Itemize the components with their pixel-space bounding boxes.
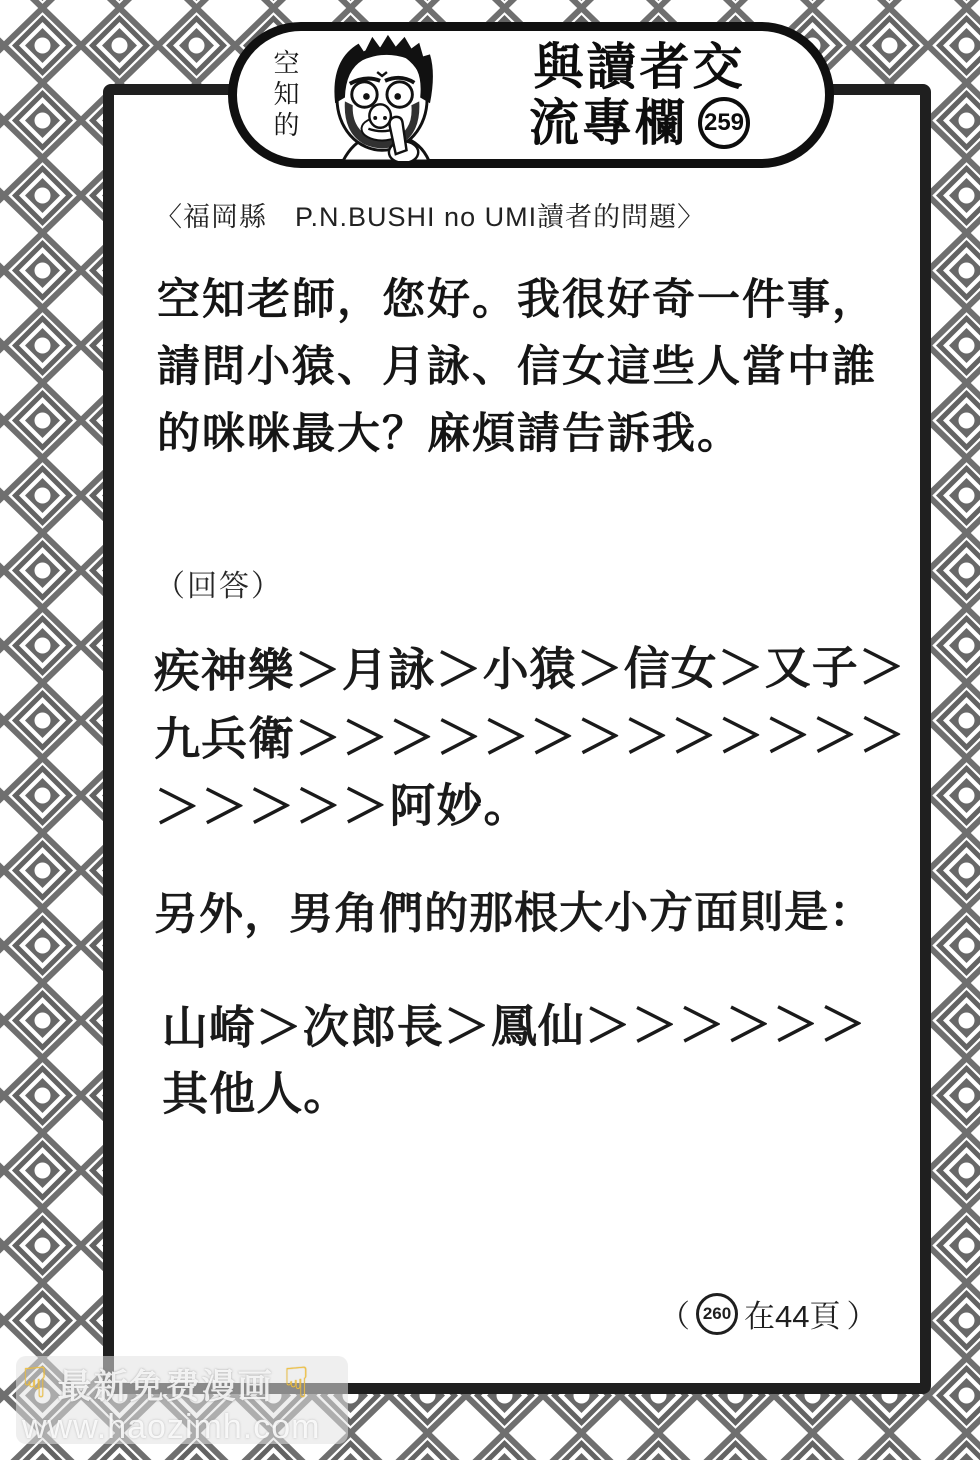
ranking-line-3: ＞＞＞＞＞阿妙。 bbox=[154, 769, 906, 841]
footer-page-text: 在44頁 bbox=[744, 1291, 840, 1336]
down-pointing-hand-icon: ☟ bbox=[22, 1362, 48, 1404]
ranking-line-2: 九兵衛＞＞＞＞＞＞＞＞＞＞＞＞＞ bbox=[154, 701, 906, 773]
male-ranking-line-1: 山崎＞次郎長＞鳳仙＞＞＞＞＞＞ bbox=[162, 991, 867, 1061]
answer-label: （回答） bbox=[155, 561, 283, 605]
ranking-line-1: 疾神樂＞月詠＞小猿＞信女＞又子＞ bbox=[153, 633, 905, 705]
footer-close-paren: ） bbox=[846, 1291, 877, 1336]
question-line-1: 空知老師，您好。我很好奇一件事， bbox=[157, 267, 877, 334]
footer-open-paren: （ bbox=[659, 1291, 690, 1336]
male-ranking-line-2: 其他人。 bbox=[162, 1057, 867, 1127]
column-title-line-1: 與讀者交 bbox=[464, 39, 815, 95]
reader-question-text: 空知老師，您好。我很好奇一件事， 請問小猿、月詠、信女這些人當中誰 的咪咪最大？… bbox=[157, 267, 877, 468]
bust-size-ranking: 疾神樂＞月詠＞小猿＞信女＞又子＞ 九兵衛＞＞＞＞＞＞＞＞＞＞＞＞＞ ＞＞＞＞＞阿… bbox=[153, 633, 906, 841]
male-ranking-intro: 另外，男角們的那根大小方面則是： bbox=[154, 876, 874, 943]
next-column-page-note: （ 260 在44頁 ） bbox=[659, 1291, 877, 1336]
question-line-3: 的咪咪最大？麻煩請告訴我。 bbox=[157, 401, 877, 468]
down-pointing-hand-icon: ☟ bbox=[284, 1362, 310, 1404]
question-source-line: 〈福岡縣 P.N.BUSHI no UMI讀者的問題〉 bbox=[155, 195, 705, 234]
manga-qa-page: 〈福岡縣 P.N.BUSHI no UMI讀者的問題〉 空知老師，您好。我很好奇… bbox=[0, 0, 980, 1460]
site-watermark: ☟ 最新免费漫画 ☟ www.haozimh.com bbox=[16, 1356, 348, 1444]
next-issue-number-badge: 260 bbox=[696, 1293, 738, 1335]
column-title: 與讀者交 流專欄 259 bbox=[464, 39, 815, 151]
author-label: 空知的 bbox=[267, 49, 304, 142]
question-line-2: 請問小猿、月詠、信女這些人當中誰 bbox=[157, 334, 877, 401]
watermark-url: www.haozimh.com bbox=[22, 1408, 342, 1447]
content-frame: 〈福岡縣 P.N.BUSHI no UMI讀者的問題〉 空知老師，您好。我很好奇… bbox=[103, 84, 931, 1394]
watermark-slogan: 最新免费漫画 bbox=[58, 1359, 274, 1408]
sorachi-gorilla-face-icon bbox=[310, 29, 460, 161]
male-size-ranking: 山崎＞次郎長＞鳳仙＞＞＞＞＞＞ 其他人。 bbox=[162, 991, 868, 1127]
column-title-line-2: 流專欄 bbox=[529, 95, 688, 151]
column-header-pill: 空知的 與讀者交 流專欄 259 bbox=[228, 22, 834, 168]
issue-number-badge: 259 bbox=[698, 97, 750, 149]
